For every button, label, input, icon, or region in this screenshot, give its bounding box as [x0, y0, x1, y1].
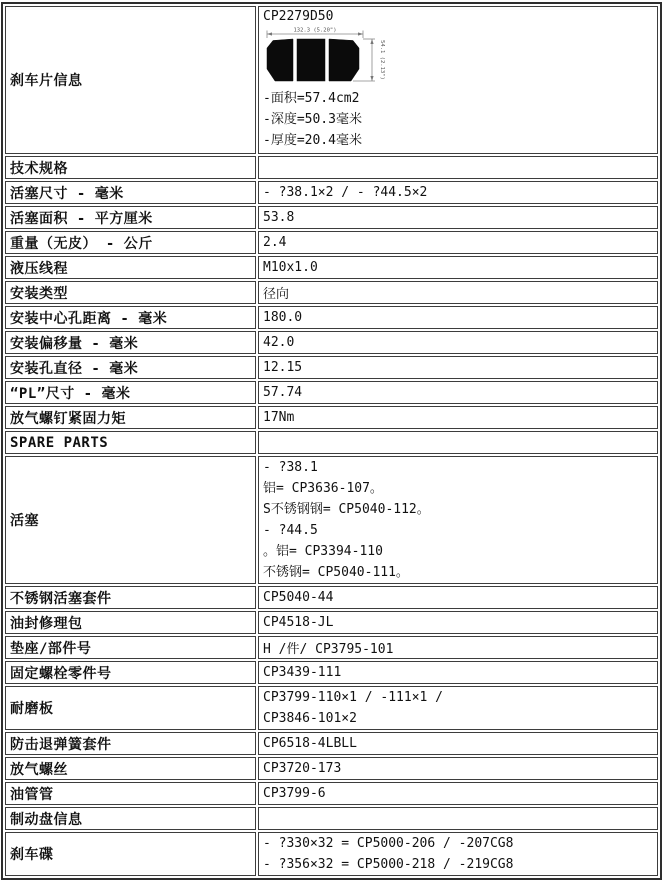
label-pistons: 活塞: [5, 456, 256, 584]
dimension-arrow-bottom: [370, 76, 373, 81]
value-line: - ?38.1: [263, 457, 653, 478]
value-wear-plate: CP3799-110×1 / -111×1 /CP3846-101×2: [258, 686, 658, 730]
value-pistons: - ?38.1铝= CP3636-107。S不锈钢钢= CP5040-112。-…: [258, 456, 658, 584]
value-line: - ?44.5: [263, 520, 653, 541]
label-brake-pad-info: 刹车片信息: [5, 6, 256, 154]
table-row: 刹车片信息 CP2279D50 132.3 (5.20") 54.1 (2.13…: [5, 6, 658, 154]
label-pad-part-number: 垫座/部件号: [5, 636, 256, 659]
label-mounting-centers: 安装中心孔距离 - 毫米: [5, 306, 256, 329]
table-row: 放气螺钉紧固力矩 17Nm: [5, 406, 658, 429]
value-pad-part-number: H /件/ CP3795-101: [258, 636, 658, 659]
table-row: 安装中心孔距离 - 毫米 180.0: [5, 306, 658, 329]
value-technical-specs-header: [258, 156, 658, 179]
value-mounting-offset: 42.0: [258, 331, 658, 354]
label-pipe-fitting: 油管管: [5, 782, 256, 805]
table-row: 油封修理包 CP4518-JL: [5, 611, 658, 634]
pad-segment-right: [329, 39, 359, 81]
value-pipe-fitting: CP3799-6: [258, 782, 658, 805]
dimension-arrow-top: [370, 39, 373, 44]
label-pl-dimension: “PL”尺寸 - 毫米: [5, 381, 256, 404]
value-mounting-hole-diameter: 12.15: [258, 356, 658, 379]
pad-spec-line: -厚度=20.4毫米: [263, 130, 653, 151]
value-line: 。铝= CP3394-110: [263, 541, 653, 562]
value-retaining-bolt-part: CP3439-111: [258, 661, 658, 684]
table-row: 活塞面积 - 平方厘米 53.8: [5, 206, 658, 229]
value-seal-repair-kit: CP4518-JL: [258, 611, 658, 634]
label-brake-disc: 刹车碟: [5, 832, 256, 876]
label-weight-no-pads: 重量（无皮） - 公斤: [5, 231, 256, 254]
label-wear-plate: 耐磨板: [5, 686, 256, 730]
table-row: 活塞 - ?38.1铝= CP3636-107。S不锈钢钢= CP5040-11…: [5, 456, 658, 584]
table-row: 油管管 CP3799-6: [5, 782, 658, 805]
table-row: 活塞尺寸 - 毫米 - ?38.1×2 / - ?44.5×2: [5, 181, 658, 204]
table-row: 安装偏移量 - 毫米 42.0: [5, 331, 658, 354]
brake-pad-diagram: 132.3 (5.20") 54.1 (2.13"): [263, 25, 653, 87]
pad-part-number: CP2279D50: [263, 9, 653, 24]
pad-segment-left: [267, 39, 293, 81]
value-bleed-screw: CP3720-173: [258, 757, 658, 780]
label-spare-parts-header: SPARE PARTS: [5, 431, 256, 454]
table-row: 重量（无皮） - 公斤 2.4: [5, 231, 658, 254]
table-row: 制动盘信息: [5, 807, 658, 830]
value-brake-disc: - ?330×32 = CP5000-206 / -207CG8- ?356×3…: [258, 832, 658, 876]
table-row: 安装孔直径 - 毫米 12.15: [5, 356, 658, 379]
label-mounting-hole-diameter: 安装孔直径 - 毫米: [5, 356, 256, 379]
value-line: 不锈钢= CP5040-111。: [263, 562, 653, 583]
pad-segment-middle: [297, 39, 325, 81]
value-bleed-screw-torque: 17Nm: [258, 406, 658, 429]
value-line: CP3799-110×1 / -111×1 /: [263, 687, 653, 708]
label-mounting-type: 安装类型: [5, 281, 256, 304]
table-row: 固定螺栓零件号 CP3439-111: [5, 661, 658, 684]
value-hydraulic-thread: M10x1.0: [258, 256, 658, 279]
dimension-arrow-left: [267, 32, 272, 35]
value-line: 铝= CP3636-107。: [263, 478, 653, 499]
brake-spec-table: 刹车片信息 CP2279D50 132.3 (5.20") 54.1 (2.13…: [1, 2, 662, 880]
label-piston-area: 活塞面积 - 平方厘米: [5, 206, 256, 229]
value-brake-pad-info: CP2279D50 132.3 (5.20") 54.1 (2.13") -面积…: [258, 6, 658, 154]
label-seal-repair-kit: 油封修理包: [5, 611, 256, 634]
value-line: - ?330×32 = CP5000-206 / -207CG8: [263, 833, 653, 854]
label-anti-knockback-spring-kit: 防击退弹簧套件: [5, 732, 256, 755]
table-row: 防击退弹簧套件 CP6518-4LBLL: [5, 732, 658, 755]
table-row: 垫座/部件号 H /件/ CP3795-101: [5, 636, 658, 659]
width-dimension-label: 132.3 (5.20"): [293, 28, 336, 34]
pad-spec-line: -面积=57.4cm2: [263, 88, 653, 109]
table-row: SPARE PARTS: [5, 431, 658, 454]
value-pl-dimension: 57.74: [258, 381, 658, 404]
table-row: 技术规格: [5, 156, 658, 179]
value-mounting-centers: 180.0: [258, 306, 658, 329]
value-line: S不锈钢钢= CP5040-112。: [263, 499, 653, 520]
value-line: CP3846-101×2: [263, 708, 653, 729]
value-spare-parts-header: [258, 431, 658, 454]
table-row: 刹车碟 - ?330×32 = CP5000-206 / -207CG8- ?3…: [5, 832, 658, 876]
brake-pad-drawing: 132.3 (5.20") 54.1 (2.13"): [263, 25, 385, 87]
table-row: 安装类型 径向: [5, 281, 658, 304]
value-mounting-type: 径向: [258, 281, 658, 304]
pad-spec-line: -深度=50.3毫米: [263, 109, 653, 130]
label-mounting-offset: 安装偏移量 - 毫米: [5, 331, 256, 354]
value-piston-size: - ?38.1×2 / - ?44.5×2: [258, 181, 658, 204]
dimension-arrow-right: [358, 32, 363, 35]
value-disc-info-header: [258, 807, 658, 830]
value-weight-no-pads: 2.4: [258, 231, 658, 254]
label-bleed-screw: 放气螺丝: [5, 757, 256, 780]
table-row: 放气螺丝 CP3720-173: [5, 757, 658, 780]
label-disc-info-header: 制动盘信息: [5, 807, 256, 830]
value-anti-knockback-spring-kit: CP6518-4LBLL: [258, 732, 658, 755]
table-row: “PL”尺寸 - 毫米 57.74: [5, 381, 658, 404]
table-row: 耐磨板 CP3799-110×1 / -111×1 /CP3846-101×2: [5, 686, 658, 730]
value-stainless-piston-kit: CP5040-44: [258, 586, 658, 609]
label-stainless-piston-kit: 不锈钢活塞套件: [5, 586, 256, 609]
value-piston-area: 53.8: [258, 206, 658, 229]
label-bleed-screw-torque: 放气螺钉紧固力矩: [5, 406, 256, 429]
label-retaining-bolt-part: 固定螺栓零件号: [5, 661, 256, 684]
table-row: 不锈钢活塞套件 CP5040-44: [5, 586, 658, 609]
height-dimension-label: 54.1 (2.13"): [379, 40, 385, 80]
table-row: 液压线程 M10x1.0: [5, 256, 658, 279]
label-piston-size: 活塞尺寸 - 毫米: [5, 181, 256, 204]
value-line: - ?356×32 = CP5000-218 / -219CG8: [263, 854, 653, 875]
label-hydraulic-thread: 液压线程: [5, 256, 256, 279]
label-technical-specs-header: 技术规格: [5, 156, 256, 179]
